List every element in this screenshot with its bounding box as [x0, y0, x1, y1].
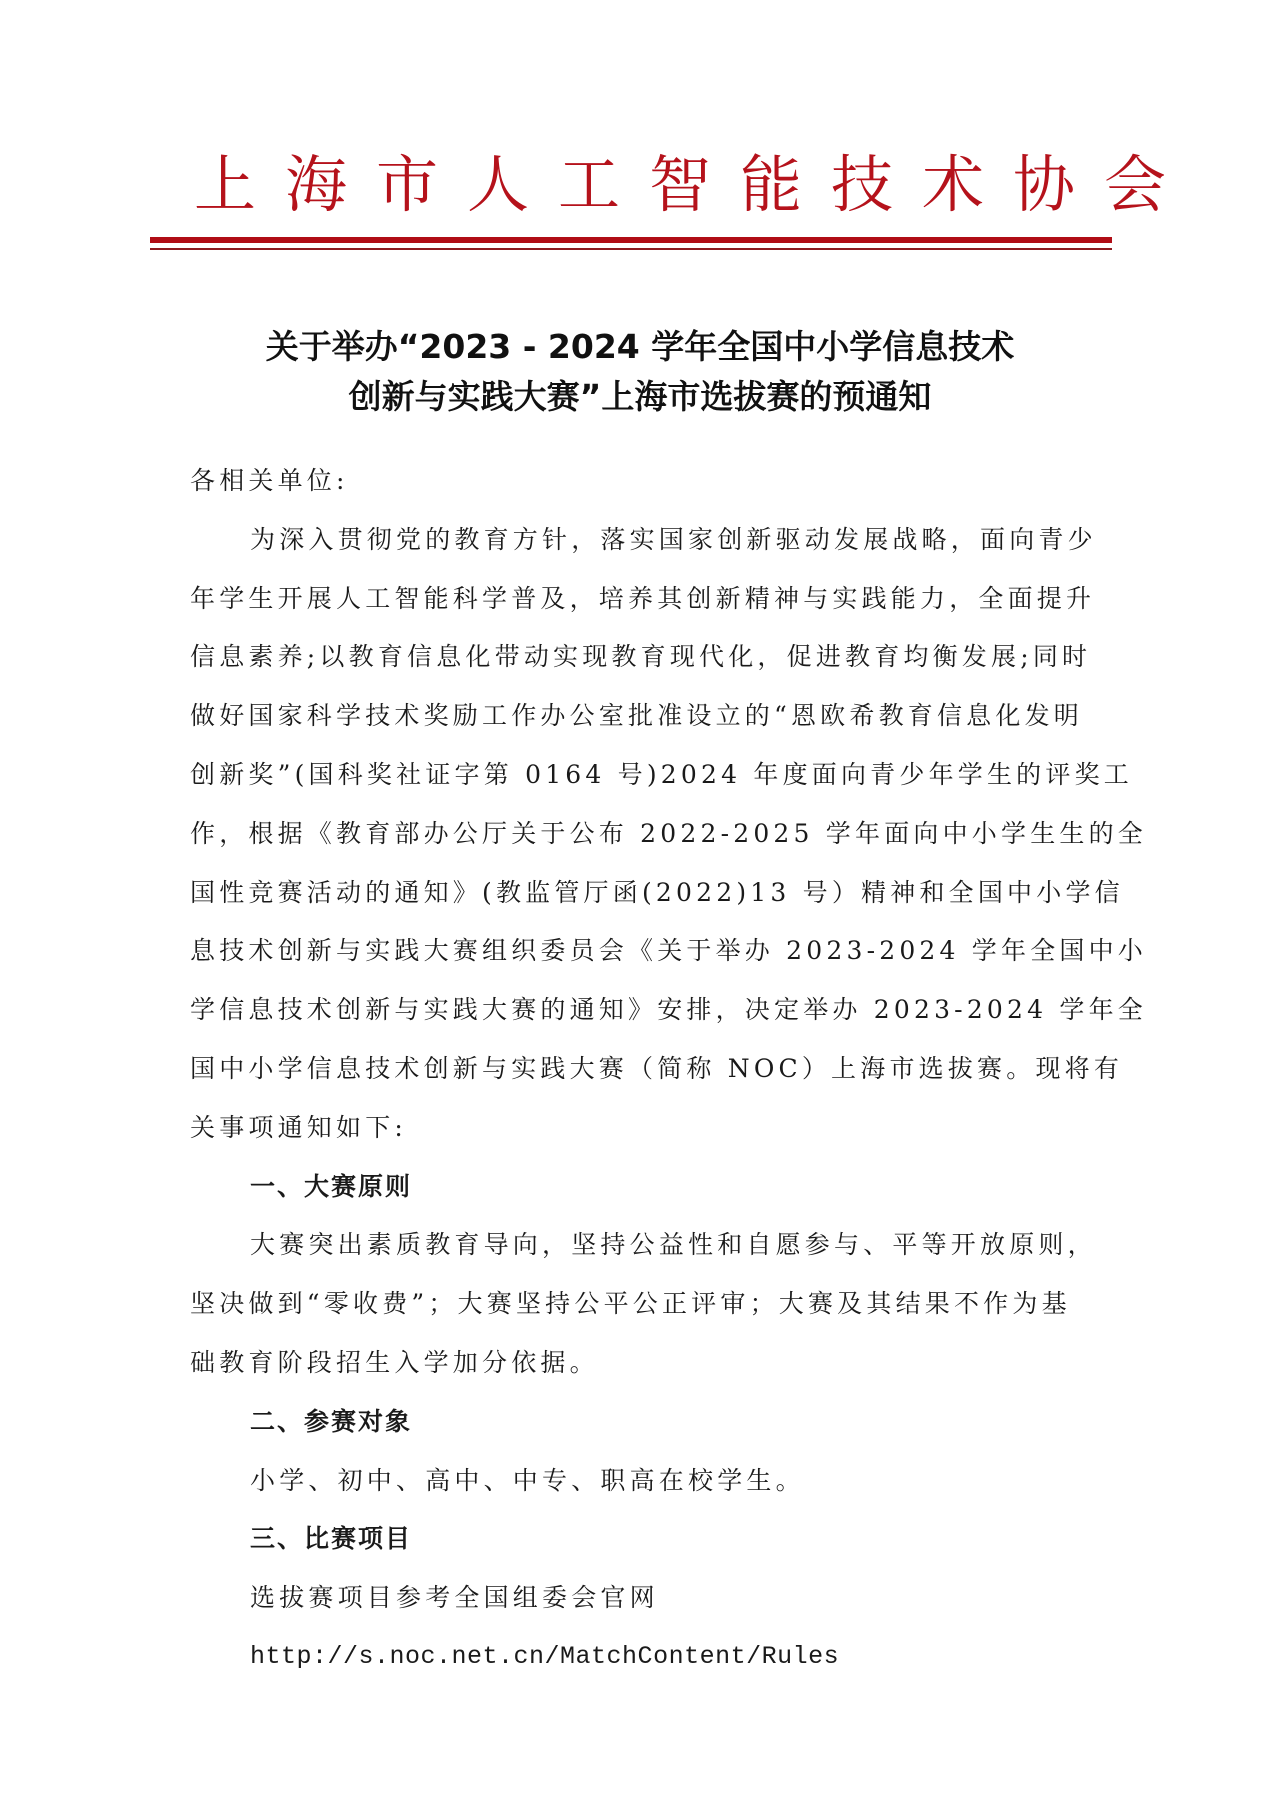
intro-line: 国中小学信息技术创新与实践大赛（简称 NOC）上海市选拔赛。现将有 [190, 1040, 1130, 1099]
intro-line: 息技术创新与实践大赛组织委员会《关于举办 2023-2024 学年全国中小 [190, 922, 1130, 981]
intro-line: 信息素养;以教育信息化带动实现教育现代化，促进教育均衡发展;同时 [190, 628, 1130, 687]
title-line-1: 关于举办“2023 - 2024 学年全国中小学信息技术 [0, 322, 1280, 372]
letterhead-rule-thin [150, 248, 1112, 250]
intro-line: 关事项通知如下: [190, 1099, 1130, 1158]
document-body: 各相关单位: 为深入贯彻党的教育方针，落实国家创新驱动发展战略，面向青少 年学生… [190, 452, 1130, 1687]
intro-line: 作，根据《教育部办公厅关于公布 2022-2025 学年面向中小学生生的全 [190, 805, 1130, 864]
document-title: 关于举办“2023 - 2024 学年全国中小学信息技术 创新与实践大赛”上海市… [0, 322, 1280, 422]
intro-line: 年学生开展人工智能科学普及，培养其创新精神与实践能力，全面提升 [190, 570, 1130, 629]
intro-line: 创新奖”(国科奖社证字第 0164 号)2024 年度面向青少年学生的评奖工 [190, 746, 1130, 805]
salutation: 各相关单位: [190, 452, 1130, 511]
section-text: 础教育阶段招生入学加分依据。 [190, 1334, 1130, 1393]
intro-line: 做好国家科学技术奖励工作办公室批准设立的“恩欧希教育信息化发明 [190, 687, 1130, 746]
section-text: 选拔赛项目参考全国组委会官网 [190, 1569, 1130, 1628]
section-heading-principles: 一、大赛原则 [190, 1158, 1130, 1217]
rules-link[interactable]: http://s.noc.net.cn/MatchContent/Rules [190, 1628, 1130, 1687]
organization-name: 上海市人工智能技术协会 [194, 150, 1195, 220]
title-line-2: 创新与实践大赛”上海市选拔赛的预通知 [0, 372, 1280, 422]
section-text: 大赛突出素质教育导向，坚持公益性和自愿参与、平等开放原则， [190, 1216, 1130, 1275]
intro-line: 学信息技术创新与实践大赛的通知》安排，决定举办 2023-2024 学年全 [190, 981, 1130, 1040]
section-text: 坚决做到“零收费”；大赛坚持公平公正评审；大赛及其结果不作为基 [190, 1275, 1130, 1334]
section-heading-participants: 二、参赛对象 [190, 1393, 1130, 1452]
section-heading-events: 三、比赛项目 [190, 1510, 1130, 1569]
section-text: 小学、初中、高中、中专、职高在校学生。 [190, 1452, 1130, 1511]
letterhead-rule-thick [150, 237, 1112, 243]
intro-line: 为深入贯彻党的教育方针，落实国家创新驱动发展战略，面向青少 [190, 511, 1130, 570]
intro-line: 国性竞赛活动的通知》(教监管厅函(2022)13 号）精神和全国中小学信 [190, 864, 1130, 923]
